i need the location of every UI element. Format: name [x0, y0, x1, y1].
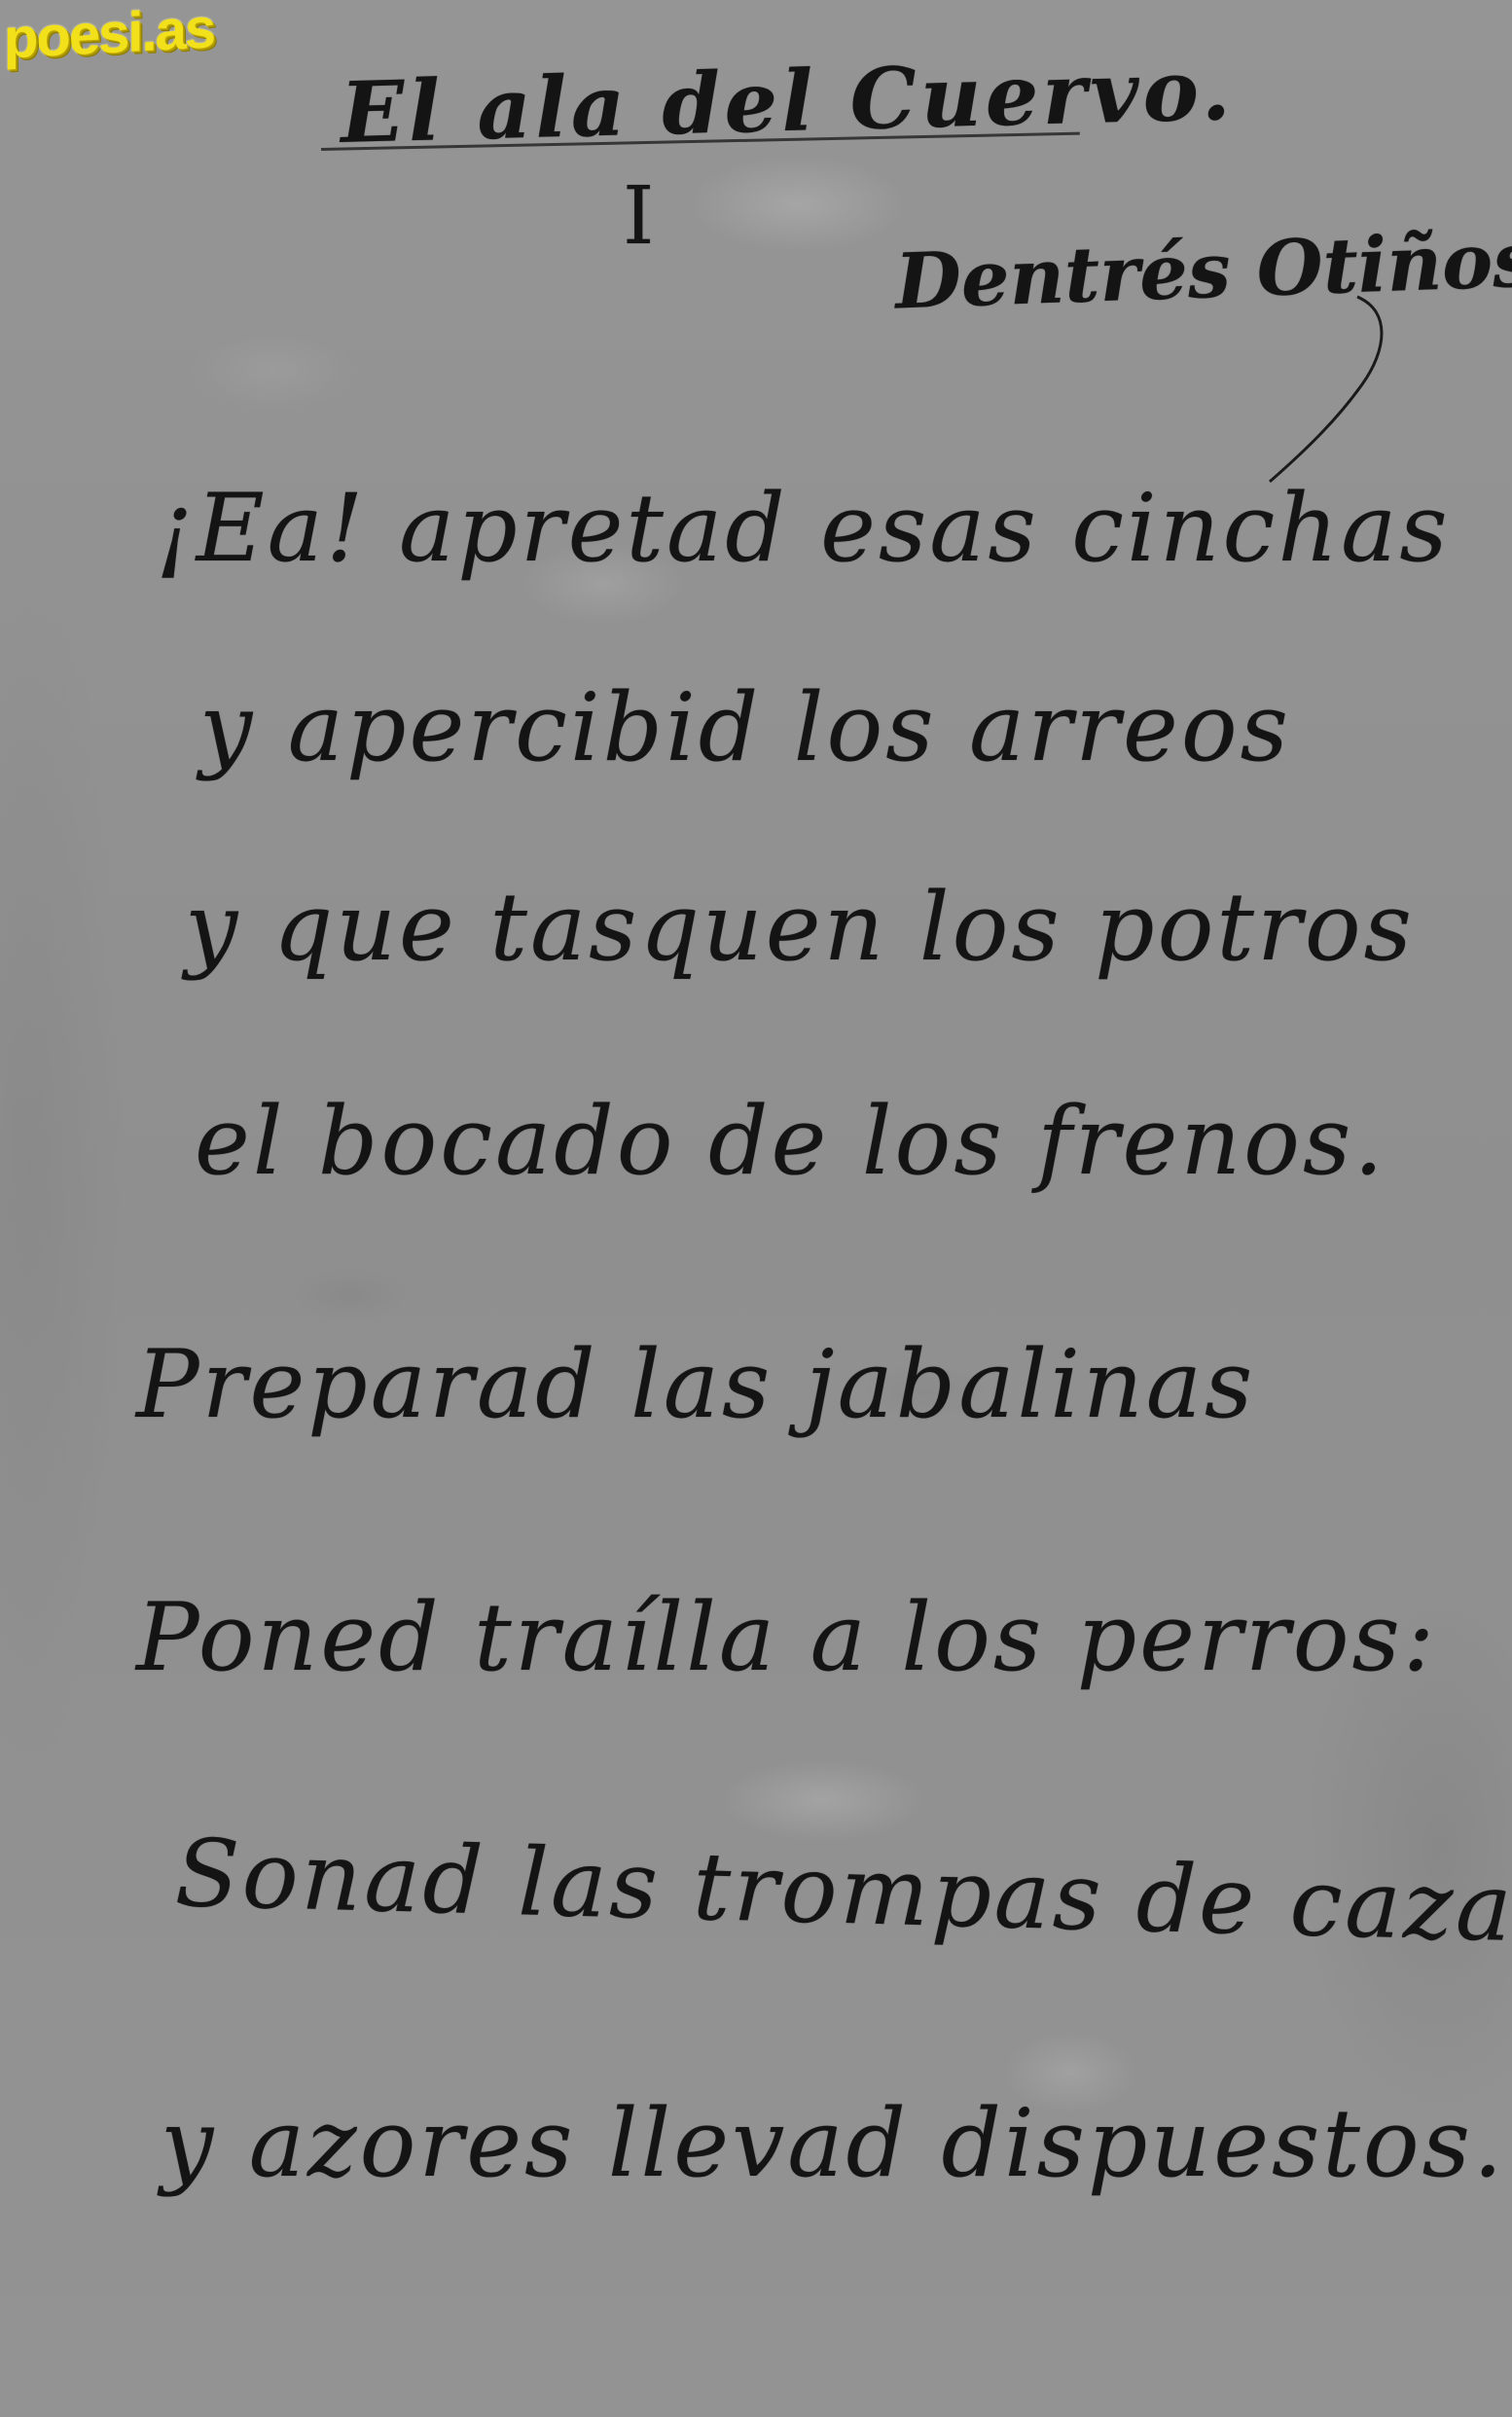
signature-flourish-icon — [1255, 292, 1401, 487]
poem-line-7: Sonad las trompas de caza — [174, 1826, 1512, 1955]
poem-line-2: y apercibid los arreos — [199, 681, 1291, 775]
poem-line-6: Poned traílla a los perros: — [136, 1591, 1437, 1684]
poem-line-4: el bocado de los frenos. — [195, 1095, 1386, 1188]
section-numeral: I — [623, 177, 654, 257]
manuscript-page: poesi.as El ala del Cuervo. I Dentrés Ot… — [0, 0, 1512, 2417]
poesias-logo[interactable]: poesi.as — [4, 0, 214, 67]
poem-line-8: y azores llevad dispuestos. — [161, 2097, 1505, 2190]
poem-line-5: Preparad las jabalinas — [136, 1338, 1255, 1431]
poem-line-3: y que tasquen los potros — [185, 881, 1415, 974]
author-signature: Dentrés Otiños — [894, 223, 1512, 321]
poem-line-1: ¡Ea! apretad esas cinchas — [156, 482, 1451, 575]
